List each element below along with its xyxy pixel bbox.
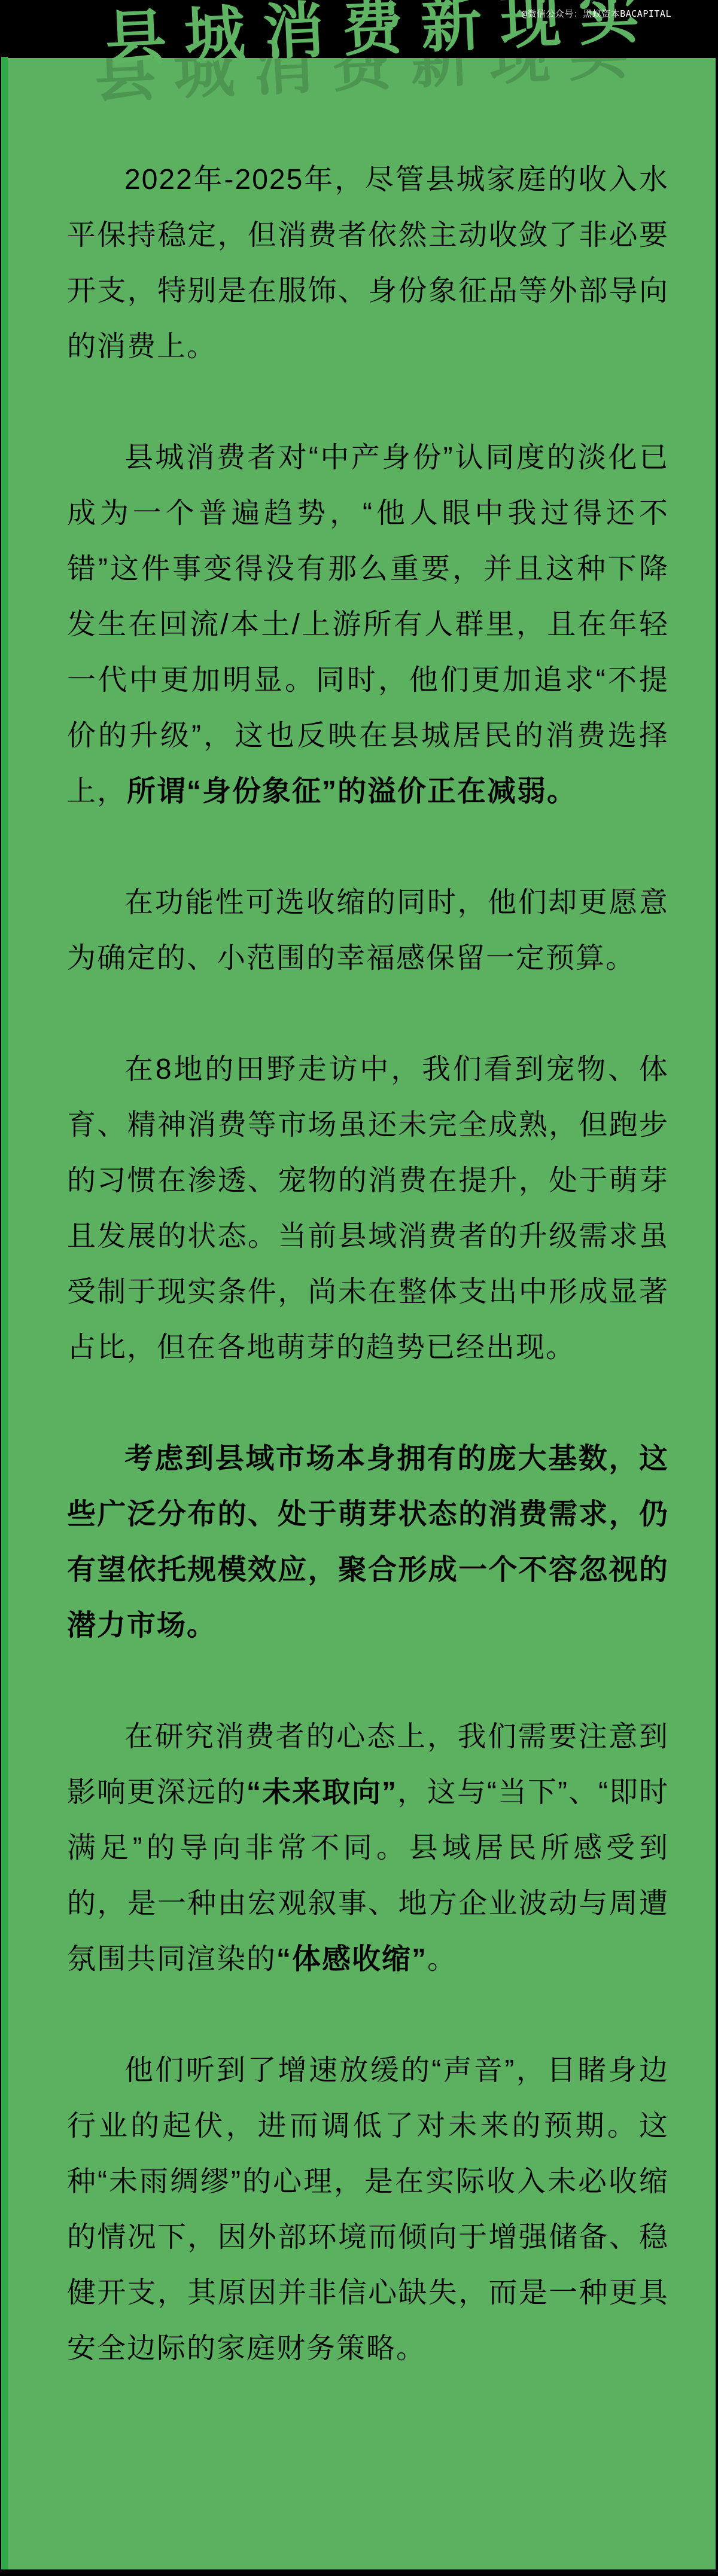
paragraph: 在功能性可选收缩的同时，他们却更愿意为确定的、小范围的幸福感保留一定预算。	[67, 875, 669, 986]
right-border	[716, 0, 718, 2576]
left-border	[0, 0, 1, 2576]
paragraph: 考虑到县域市场本身拥有的庞大基数，这些广泛分布的、处于萌芽状态的消费需求，仍有望…	[67, 1431, 669, 1653]
body-text: 县城消费者对“中产身份”认同度的淡化已成为一个普遍趋势，“他人眼中我过得还不错”…	[67, 442, 669, 807]
paragraph: 在8地的田野走访中，我们看到宠物、体育、精神消费等市场虽还未完全成熟，但跑步的习…	[67, 1042, 669, 1375]
left-accent-strip	[1, 57, 8, 2569]
page: { "watermark": "@微信公众号：黑蚁资本BACAPITAL", "…	[0, 0, 718, 2576]
emphasis-text: “体感收缩”	[276, 1943, 427, 1975]
article-body: 2022年-2025年，尽管县城家庭的收入水平保持稳定，但消费者依然主动收敛了非…	[67, 152, 669, 2432]
body-text: 他们听到了增速放缓的“声音”，目睹身边行业的起伏，进而调低了对未来的预期。这种“…	[67, 2055, 669, 2364]
body-text: 2022年-2025年，尽管县城家庭的收入水平保持稳定，但消费者依然主动收敛了非…	[67, 164, 669, 362]
paragraph: 在研究消费者的心态上，我们需要注意到影响更深远的“未来取向”，这与“当下”、“即…	[67, 1709, 669, 1987]
emphasis-text: “未来取向”	[247, 1777, 397, 1808]
emphasis-text: 所谓“身份象征”的溢价正在减弱。	[127, 776, 577, 807]
body-text: 。	[427, 1943, 457, 1975]
emphasis-text: 考虑到县域市场本身拥有的庞大基数，这些广泛分布的、处于萌芽状态的消费需求，仍有望…	[67, 1443, 669, 1641]
watermark: @微信公众号：黑蚁资本BACAPITAL	[522, 7, 671, 20]
paragraph: 县城消费者对“中产身份”认同度的淡化已成为一个普遍趋势，“他人眼中我过得还不错”…	[67, 430, 669, 819]
paragraph: 他们听到了增速放缓的“声音”，目睹身边行业的起伏，进而调低了对未来的预期。这种“…	[67, 2043, 669, 2376]
paragraph: 2022年-2025年，尽管县城家庭的收入水平保持稳定，但消费者依然主动收敛了非…	[67, 152, 669, 374]
body-text: 在功能性可选收缩的同时，他们却更愿意为确定的、小范围的幸福感保留一定预算。	[67, 887, 669, 974]
bottom-border-band	[0, 2569, 718, 2576]
body-text: 在8地的田野走访中，我们看到宠物、体育、精神消费等市场虽还未完全成熟，但跑步的习…	[67, 1054, 669, 1363]
